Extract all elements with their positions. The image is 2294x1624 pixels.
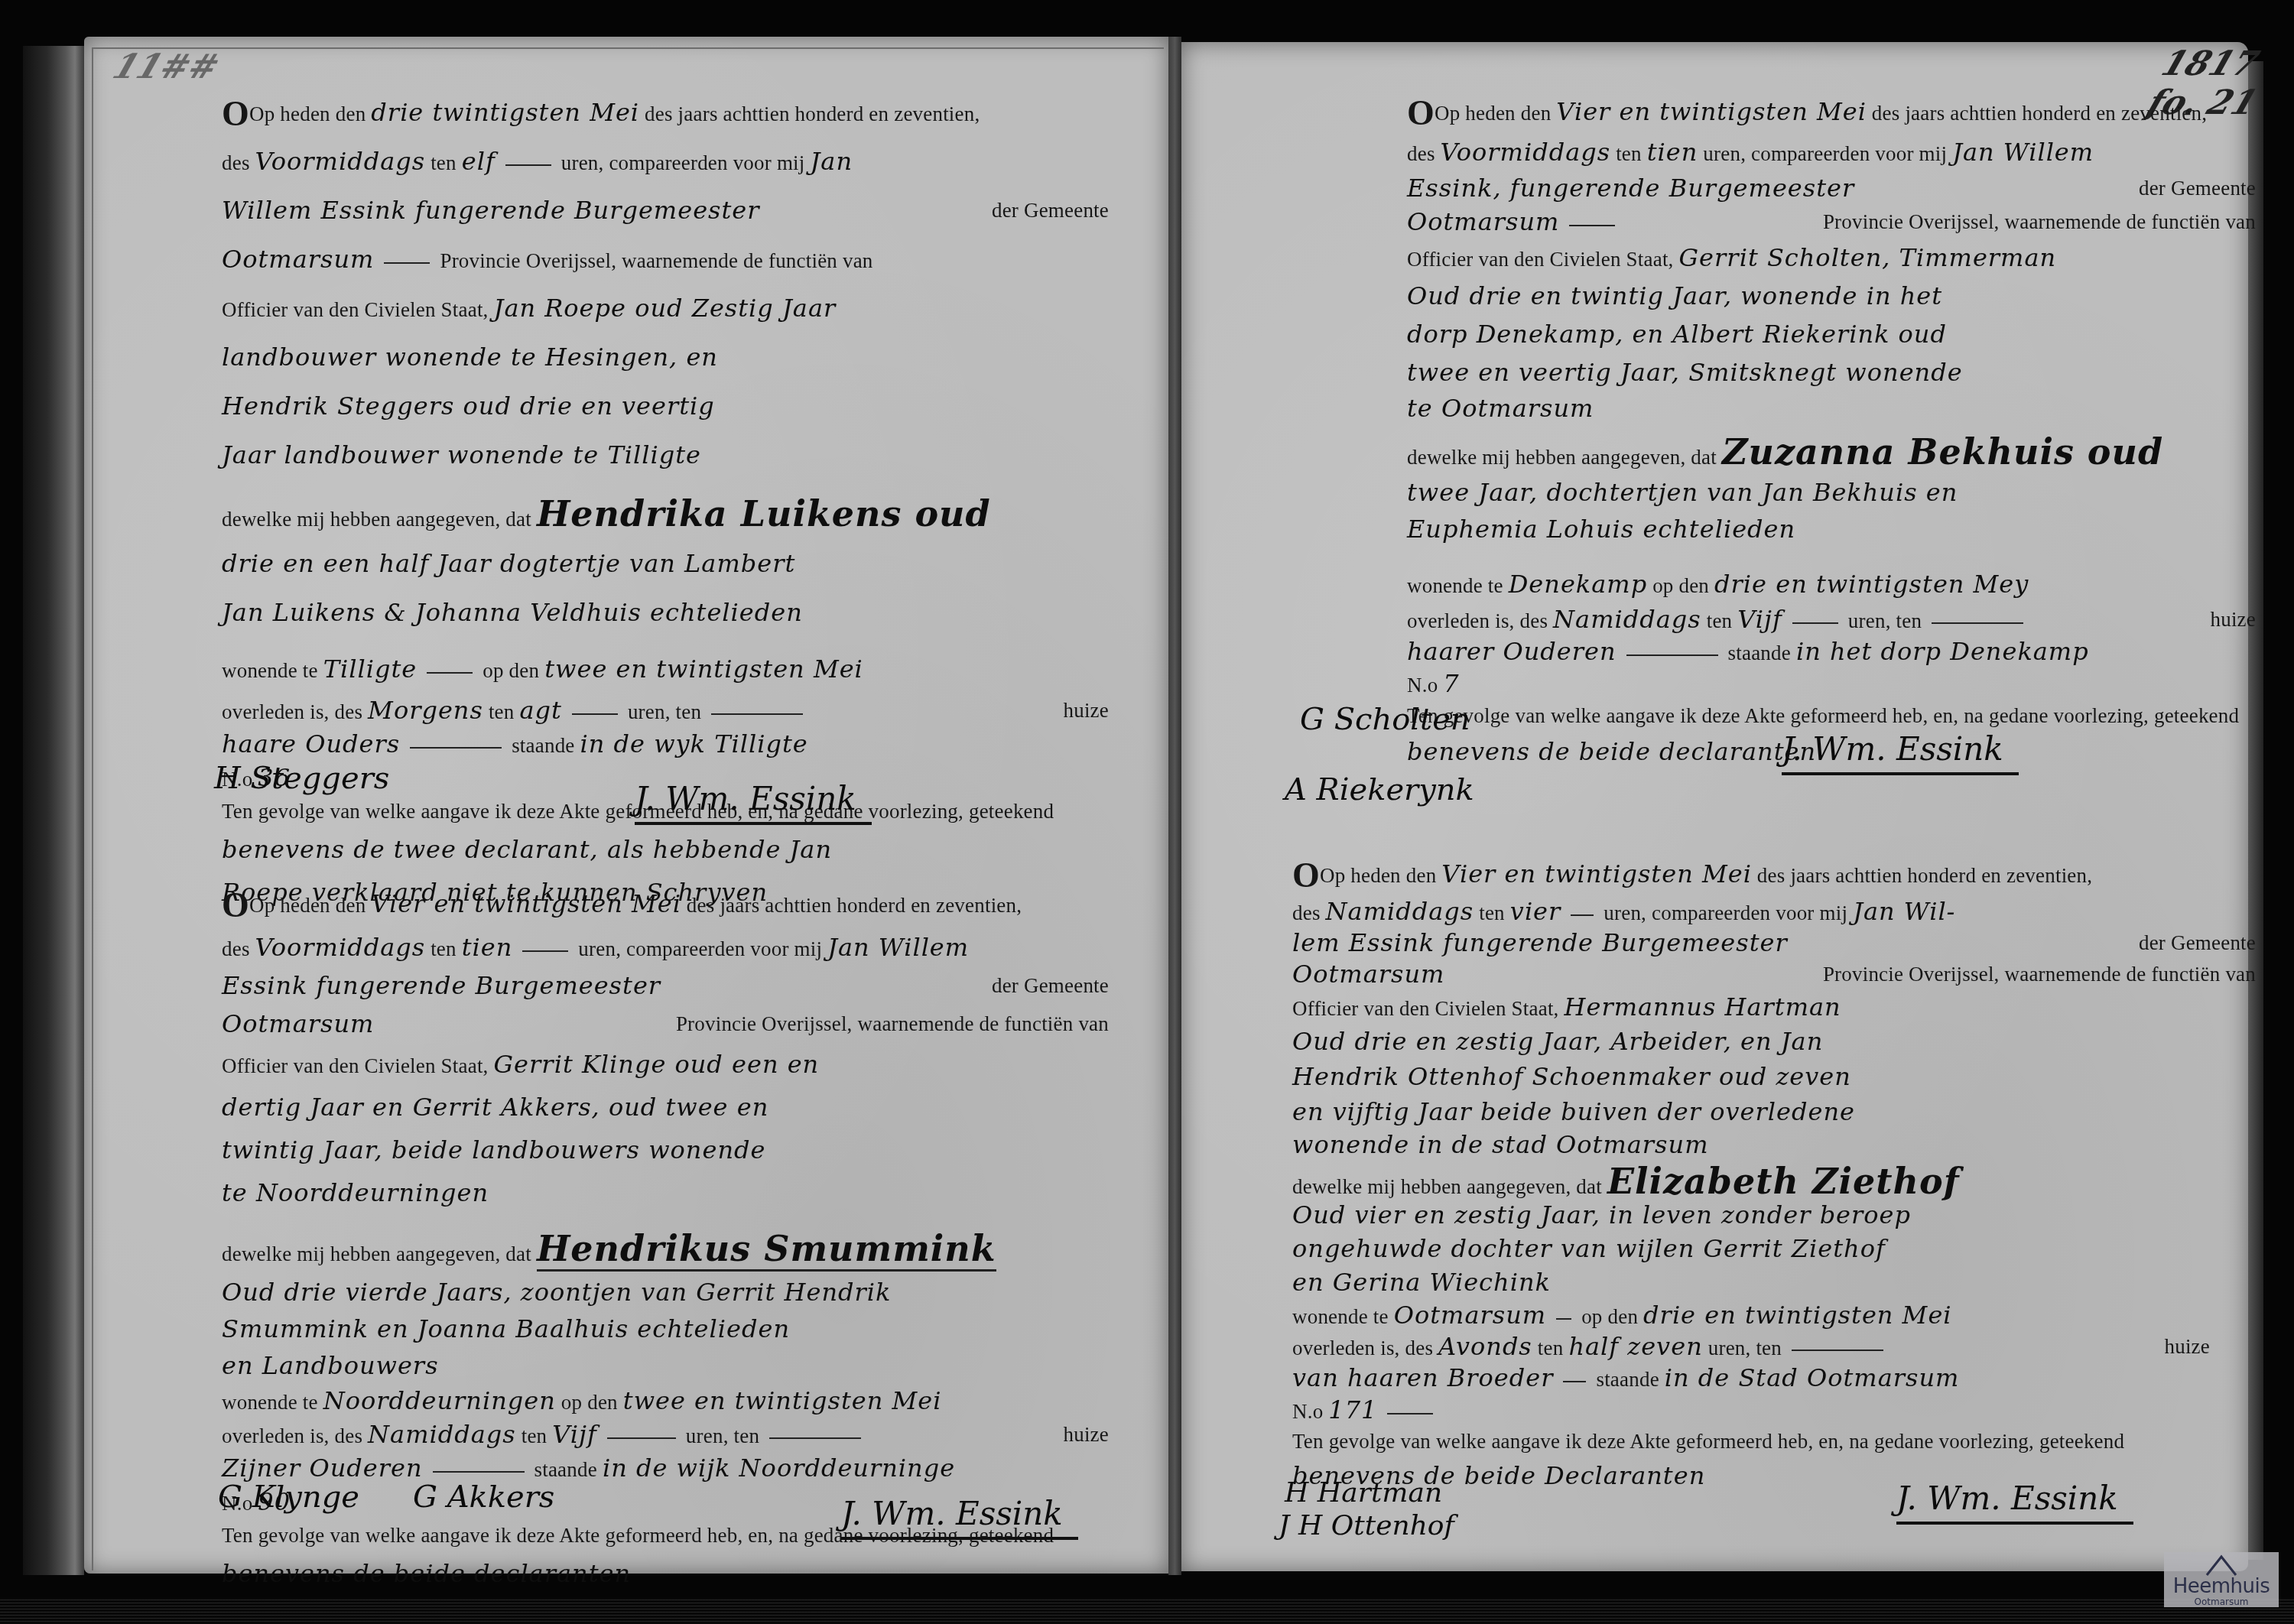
house-owner: haare Ouders — [222, 729, 400, 758]
preprinted-text: staande — [535, 1458, 597, 1481]
declarant-line: landbouwer wonende te Hesingen, en — [222, 343, 718, 372]
preprinted-text: op den — [1652, 574, 1709, 597]
declarant-signature: A Riekerynk — [1285, 772, 1474, 807]
official-name: Essink fungerende Burgemeester — [222, 971, 661, 1000]
filler-dash — [1569, 225, 1615, 226]
preprinted-text: der Gemeente — [992, 966, 1109, 1005]
preprinted-text: huize — [1064, 693, 1109, 727]
filler-dash — [1556, 1318, 1571, 1320]
declarant-line: Hendrik Ottenhof Schoenmaker oud zeven — [1292, 1062, 1851, 1091]
declarant-line: wonende in de stad Ootmarsum — [1292, 1130, 1708, 1159]
closing-text: benevens de twee declarant, als hebbende… — [222, 835, 832, 864]
preprinted-text: staande — [1728, 641, 1791, 664]
deceased-details: Oud drie vierde Jaars, zoontjen van Gerr… — [222, 1278, 891, 1307]
declarant-signature: G Akkers — [413, 1479, 554, 1515]
declarant-line: dorp Denekamp, en Albert Riekerink oud — [1407, 320, 1947, 349]
preprinted-text: uren, ten — [628, 700, 701, 723]
deceased-details: Jan Luikens & Johanna Veldhuis echtelied… — [222, 598, 803, 627]
death-date: twee en twintigsten Mei — [544, 654, 863, 684]
deceased-details: en Gerina Wiechink — [1292, 1268, 1551, 1297]
act-date: drie twintigsten Mei — [371, 98, 639, 127]
preprinted-text: Provincie Overijssel, waarnemende de fun… — [440, 249, 872, 272]
house-owner: Zijner Ouderen — [222, 1453, 423, 1483]
declarant-signature: H Steggers — [214, 761, 389, 796]
filler-dash — [1792, 1350, 1883, 1351]
location: in de wyk Tilligte — [580, 729, 808, 758]
closing-text: benevens de beide declaranten — [222, 1559, 631, 1588]
preprinted-text: overleden is, des — [1407, 609, 1548, 632]
preprinted-text: dewelke mij hebben aangegeven, dat — [1407, 446, 1717, 469]
death-time-of-day: Morgens — [368, 696, 483, 725]
deceased-details: Euphemia Lohuis echtelieden — [1407, 515, 1795, 544]
preprinted-text: overleden is, des — [222, 700, 362, 723]
act-date: Vier en twintigsten Mei — [1556, 97, 1867, 126]
filler-dash — [1932, 622, 2023, 624]
filler-dash — [1571, 914, 1594, 916]
mayor-signature: J. Wm. Essink — [841, 1495, 1078, 1540]
preprinted-text: op den — [561, 1391, 618, 1414]
death-time-of-day: Namiddags — [368, 1420, 516, 1449]
location: in de Stad Ootmarsum — [1665, 1363, 1960, 1392]
act-number: 7 — [1443, 669, 1459, 698]
preprinted-text: Op heden den — [1435, 102, 1551, 125]
preprinted-text: uren, ten — [1708, 1337, 1782, 1359]
act-number: 171 — [1328, 1395, 1377, 1424]
preprinted-text: dewelke mij hebben aangegeven, dat — [222, 508, 531, 531]
preprinted-text: Provincie Overijssel, waarnemende de fun… — [676, 1005, 1109, 1043]
preprinted-text: ten — [522, 1424, 548, 1447]
death-hour: Vijf — [552, 1420, 597, 1449]
preprinted-text: ten — [1538, 1337, 1564, 1359]
preprinted-text: Officier van den Civielen Staat, — [1407, 248, 1674, 271]
preprinted-closing: Ten gevolge van welke aangave ik deze Ak… — [1292, 1430, 2124, 1453]
closing-text: benevens de beide declaranten — [1407, 737, 1816, 766]
deceased-details: en Landbouwers — [222, 1351, 439, 1380]
deceased-name: Zuzanna Bekhuis oud — [1722, 431, 2163, 473]
filler-dash — [572, 713, 618, 715]
municipality: Ootmarsum — [1407, 207, 1559, 236]
residence: Ootmarsum — [1394, 1301, 1546, 1330]
filler-dash — [522, 950, 568, 952]
declarant-signature: H Hartman — [1285, 1477, 1442, 1509]
heemhuis-watermark: Heemhuis Ootmarsum — [2164, 1552, 2279, 1607]
preprinted-text: dewelke mij hebben aangegeven, dat — [222, 1242, 531, 1265]
municipality: Ootmarsum — [222, 1009, 374, 1038]
location: in het dorp Denekamp — [1796, 637, 2089, 666]
mayor-signature: J. Wm. Essink — [635, 780, 872, 825]
preprinted-text: Provincie Overijssel, waarnemende de fun… — [1823, 958, 2256, 990]
preprinted-text: wonende te — [1407, 574, 1503, 597]
preprinted-text: wonende te — [222, 1391, 318, 1414]
declarant-signature: G Klynge — [218, 1479, 359, 1515]
death-act: OOp heden den Vier en twintigsten Mei de… — [1407, 90, 2256, 771]
filler-dash — [410, 747, 502, 749]
deceased-details: ongehuwde dochter van wijlen Gerrit Ziet… — [1292, 1234, 1886, 1263]
preprinted-text: ten — [489, 700, 515, 723]
preprinted-text: der Gemeente — [992, 186, 1109, 235]
preprinted-text: staande — [1596, 1368, 1659, 1391]
preprinted-text: wonende te — [222, 659, 318, 682]
preprinted-text: N.o — [1292, 1400, 1323, 1423]
time-of-day: Voormiddags — [255, 147, 426, 176]
filler-dash — [1563, 1381, 1586, 1382]
deceased-details: Oud vier en zestig Jaar, in leven zonder… — [1292, 1200, 1911, 1229]
death-date: twee en twintigsten Mei — [623, 1386, 942, 1415]
preprinted-text: op den — [483, 659, 539, 682]
preprinted-closing: Ten gevolge van welke aangave ik deze Ak… — [1407, 704, 2239, 727]
residence: Noorddeurningen — [323, 1386, 556, 1415]
filler-dash — [607, 1437, 676, 1439]
deceased-details: drie en een half Jaar dogtertje van Lamb… — [222, 549, 795, 578]
preprinted-text: N.o — [1407, 674, 1438, 697]
drop-cap-o: O — [222, 885, 249, 924]
preprinted-text: ten — [1479, 901, 1505, 924]
deceased-details: Smummink en Joanna Baalhuis echtelieden — [222, 1314, 790, 1343]
filler-dash — [384, 262, 430, 264]
preprinted-text: Officier van den Civielen Staat, — [222, 298, 489, 321]
preprinted-text: huize — [1064, 1418, 1109, 1451]
preprinted-text: des — [222, 151, 250, 174]
mayor-signature: J. Wm. Essink — [1782, 730, 2019, 775]
preprinted-text: staande — [512, 734, 574, 757]
preprinted-text: uren, ten — [686, 1424, 759, 1447]
filler-dash — [427, 672, 473, 674]
residence: Denekamp — [1509, 570, 1647, 599]
act-date: Vier en twintigsten Mei — [1441, 859, 1752, 888]
preprinted-text: ten — [1616, 142, 1642, 165]
watermark-name: Heemhuis — [2164, 1575, 2279, 1598]
book-edge-left — [23, 46, 84, 1575]
preprinted-text: des jaars achttien honderd en zeventien, — [1872, 102, 2207, 125]
death-hour: agt — [519, 696, 561, 725]
filler-dash — [1792, 622, 1838, 624]
residence: Tilligte — [323, 654, 418, 684]
house-owner: van haaren Broeder — [1292, 1363, 1553, 1392]
filler-dash — [711, 713, 803, 715]
official-name: Jan — [811, 147, 853, 176]
declarant-line: Jaar landbouwer wonende te Tilligte — [222, 440, 701, 469]
drop-cap-o: O — [1292, 856, 1320, 895]
filler-dash — [505, 164, 551, 166]
death-time-of-day: Avonds — [1438, 1332, 1532, 1361]
left-page-number: 11## — [108, 47, 226, 86]
hour: tien — [462, 933, 513, 962]
register-spread: 11## 1817 fo. 21 OOp heden den drie twin… — [0, 0, 2294, 1624]
deceased-name: Hendrika Luikens oud — [537, 493, 991, 534]
filler-dash — [769, 1437, 861, 1439]
house-owner: haarer Ouderen — [1407, 637, 1617, 666]
preprinted-text: Officier van den Civielen Staat, — [222, 1054, 489, 1077]
preprinted-text: uren, compareerden voor mij — [578, 937, 822, 960]
preprinted-text: ten — [431, 937, 457, 960]
death-hour: half zeven — [1568, 1332, 1702, 1361]
declarant-line: Oud drie en twintig Jaar, wonende in het — [1407, 281, 1942, 310]
declarant-line: te Noorddeurningen — [222, 1178, 489, 1207]
preprinted-text: ten — [431, 151, 457, 174]
filler-dash — [1387, 1413, 1433, 1415]
preprinted-text: des — [1407, 142, 1435, 165]
location: in de wijk Noorddeurninge — [603, 1453, 955, 1483]
act-date: Vier en twintigsten Mei — [371, 889, 681, 918]
preprinted-text: des jaars achttien honderd en zeventien, — [687, 894, 1022, 917]
time-of-day: Voormiddags — [255, 933, 426, 962]
declarant-line: Gerrit Klinge oud een en — [494, 1050, 820, 1079]
drop-cap-o: O — [222, 94, 249, 133]
municipality: Ootmarsum — [222, 245, 374, 274]
preprinted-text: Op heden den — [1320, 864, 1436, 887]
death-date: drie en twintigsten Mei — [1643, 1301, 1951, 1330]
preprinted-text: overleden is, des — [1292, 1337, 1433, 1359]
official-name: Essink, fungerende Burgemeester — [1407, 174, 1854, 203]
death-date: drie en twintigsten Mey — [1714, 570, 2029, 599]
official-name: Jan Willem — [1952, 138, 2094, 167]
official-name: lem Essink fungerende Burgemeester — [1292, 928, 1788, 957]
preprinted-text: der Gemeente — [2139, 927, 2256, 958]
preprinted-text: Provincie Overijssel, waarnemende de fun… — [1823, 205, 2256, 239]
filler-dash — [1626, 654, 1718, 656]
preprinted-text: des — [1292, 901, 1321, 924]
declarant-line: Hendrik Steggers oud drie en veertig — [222, 391, 715, 421]
declarant-line: twintig Jaar, beide landbouwers wonende — [222, 1135, 765, 1164]
filler-dash — [433, 1471, 525, 1473]
preprinted-text: overleden is, des — [222, 1424, 362, 1447]
deceased-name: Elizabeth Ziethof — [1607, 1161, 1960, 1202]
deceased-details: twee Jaar, dochtertjen van Jan Bekhuis e… — [1407, 478, 1958, 507]
preprinted-text: Op heden den — [249, 894, 366, 917]
official-name: Jan Willem — [827, 933, 969, 962]
declarant-line: Hermannus Hartman — [1565, 992, 1841, 1021]
death-hour: Vijf — [1737, 605, 1782, 634]
preprinted-text: op den — [1581, 1305, 1638, 1328]
official-name: Willem Essink fungerende Burgemeester — [222, 196, 760, 225]
declarant-line: Jan Roepe oud Zestig Jaar — [494, 294, 837, 323]
declarant-line: Gerrit Scholten, Timmerman — [1679, 243, 2057, 272]
declarant-line: dertig Jaar en Gerrit Akkers, oud twee e… — [222, 1093, 768, 1122]
official-name: Jan Wil- — [1853, 897, 1955, 926]
death-time-of-day: Namiddags — [1553, 605, 1701, 634]
preprinted-text: uren, compareerden voor mij — [561, 151, 805, 174]
time-of-day: Voormiddags — [1441, 138, 1611, 167]
hour: tien — [1647, 138, 1698, 167]
preprinted-text: uren, compareerden voor mij — [1604, 901, 1847, 924]
declarant-line: Oud drie en zestig Jaar, Arbeider, en Ja… — [1292, 1027, 1823, 1056]
drop-cap-o: O — [1407, 93, 1435, 132]
declarant-signature: G Scholten — [1300, 702, 1470, 737]
preprinted-text: Op heden den — [249, 102, 366, 125]
deceased-name: Hendrikus Smummink — [537, 1228, 996, 1272]
preprinted-text: huize — [2211, 604, 2256, 635]
watermark-place: Ootmarsum — [2164, 1596, 2279, 1607]
municipality: Ootmarsum — [1292, 960, 1444, 989]
mayor-signature: J. Wm. Essink — [1896, 1479, 2133, 1525]
hour: elf — [462, 147, 496, 176]
preprinted-text: wonende te — [1292, 1305, 1389, 1328]
preprinted-text: des jaars achttien honderd en zeventien, — [645, 102, 980, 125]
preprinted-text: Officier van den Civielen Staat, — [1292, 997, 1559, 1020]
declarant-line: twee en veertig Jaar, Smitsknegt wonende — [1407, 358, 1963, 387]
house-roof-icon — [2202, 1554, 2240, 1577]
book-gutter — [1168, 37, 1181, 1575]
time-of-day: Namiddags — [1326, 897, 1474, 926]
preprinted-text: dewelke mij hebben aangegeven, dat — [1292, 1175, 1602, 1198]
preprinted-text: des jaars achttien honderd en zeventien, — [1757, 864, 2092, 887]
preprinted-text: huize — [2165, 1331, 2210, 1362]
preprinted-text: uren, ten — [1848, 609, 1922, 632]
preprinted-text: ten — [1707, 609, 1733, 632]
preprinted-text: des — [222, 937, 250, 960]
declarant-line: en vijftig Jaar beide buiven der overled… — [1292, 1097, 1855, 1126]
declarant-line: te Ootmarsum — [1407, 394, 1594, 423]
hour: vier — [1510, 897, 1561, 926]
death-act: OOp heden den Vier en twintigsten Mei de… — [1292, 853, 2256, 1495]
preprinted-text: der Gemeente — [2139, 171, 2256, 205]
declarant-signature: J H Ottenhof — [1279, 1510, 1454, 1541]
scan-artifact — [0, 1598, 2294, 1624]
preprinted-text: uren, compareerden voor mij — [1703, 142, 1947, 165]
